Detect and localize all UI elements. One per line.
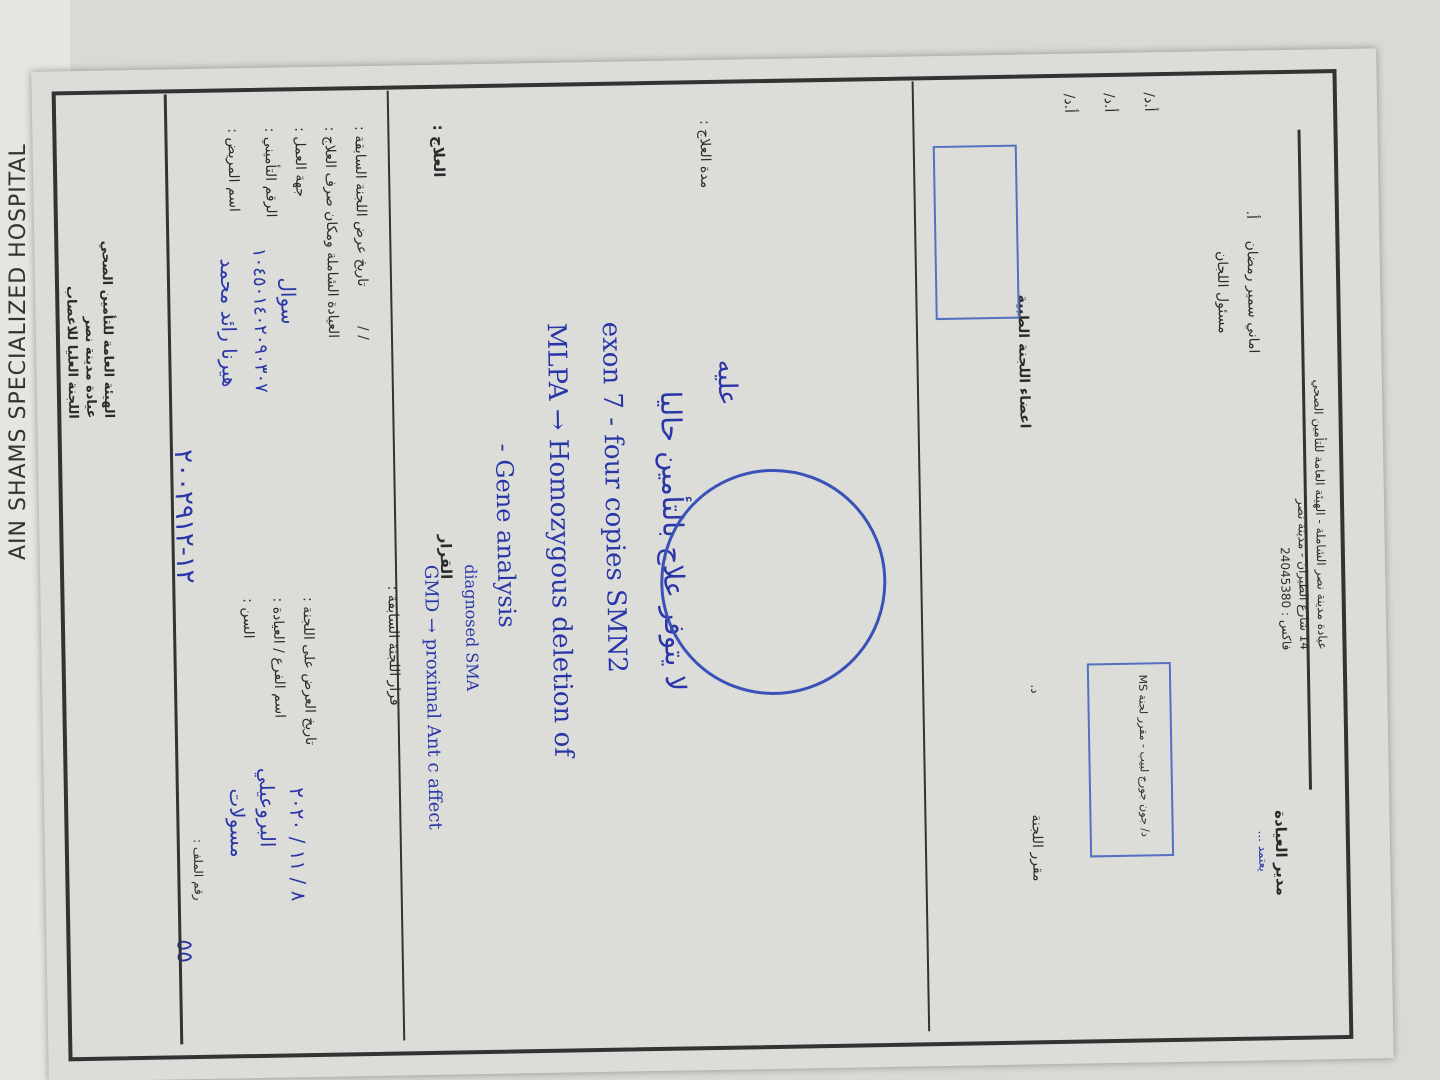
footer: عيادة مدينة نصر الشاملة - الهيئة العامة … (1273, 379, 1332, 650)
org-line-1: الهيئة العامة للتأمين الصحي (96, 240, 117, 418)
decision-line-1: GMD → proximal Ant c affect (410, 565, 455, 830)
decision-line-3: - Gene analysis (490, 443, 521, 627)
responsible-name: اماني سمير رمضان (1243, 240, 1261, 353)
rapporteur-stamp-text: د/ جون جورج لبيب - مقرر لجنة MS (1136, 674, 1152, 836)
patient-name-label: اسم المريض : (217, 128, 248, 212)
age-value: مسولات (225, 788, 250, 858)
duration-label: مدة العلاج : (696, 120, 713, 188)
insurance-no-label: الرقم التأميني : (261, 128, 279, 218)
patient-labels: اسم المريض : (217, 128, 248, 212)
org-line-3: اللجنة العليا للاعصاب (60, 241, 81, 419)
prev-date-label: تاريخ عرض اللجنة السابقة : (351, 126, 370, 287)
top-number: ١٢-٢٠٠٢٩١٢ (168, 449, 200, 584)
insurance-no-value: ١٠٤٥٠١٤٠٢٠٩٠٣٠٧ (248, 248, 272, 393)
treatment-label: العلاج : (429, 125, 448, 178)
rectangular-stamp (933, 145, 1020, 320)
rapporteur-label: مقرر اللجنة (1028, 814, 1045, 881)
branch-value: البروعيلي (254, 768, 279, 848)
branch-label: اسم الفرع / العيادة : (270, 597, 288, 718)
employer-label: جهة العمل : (291, 127, 308, 197)
decision-line-5: exon 7 - four copies SMN2 (596, 321, 632, 673)
prev-decision-label: قرار اللجنة السابقة : (384, 585, 402, 705)
prev-date-value: / / (355, 326, 371, 340)
member-2-prefix: أ.د/ (1101, 93, 1117, 113)
director-label: مدير العيادة (1271, 810, 1290, 896)
decision-line-7: عليه (711, 359, 742, 405)
rapporteur-prefix: د. (1028, 684, 1042, 693)
file-no-label: رقم الملف : (191, 839, 206, 901)
date-label: تاريخ العرض على اللجنة : (299, 597, 318, 745)
age-label: السن : (240, 598, 257, 639)
file-no-value: ٥٥ (171, 939, 196, 963)
hospital-name: AIN SHAMS SPECIALIZED HOSPITAL (6, 143, 31, 560)
director-note: يعتمد ... (1256, 830, 1271, 871)
date-value: ٨ / ١١ / ٢٠٢٠ (285, 787, 311, 902)
handwritten-decision: GMD → proximal Ant c affect (410, 565, 455, 830)
member-1-prefix: أ.د/ (1061, 94, 1077, 114)
rapporteur-stamp: د/ جون جورج لبيب - مقرر لجنة MS (1087, 662, 1174, 857)
responsible-prefix: أ. (1243, 210, 1259, 219)
medical-committee-form: الهيئة العامة للتأمين الصحي عيادة مدينة … (31, 48, 1393, 1080)
decision-line-2: diagnosed SMA (461, 564, 482, 691)
employer-value: سوال (276, 277, 301, 325)
responsible-label: مسئول اللجان (1214, 251, 1231, 334)
member-3-prefix: أ.د/ (1141, 92, 1157, 112)
org-header: الهيئة العامة للتأمين الصحي عيادة مدينة … (60, 240, 117, 419)
patient-name-value: هيرنا رائد محمد (216, 258, 242, 387)
